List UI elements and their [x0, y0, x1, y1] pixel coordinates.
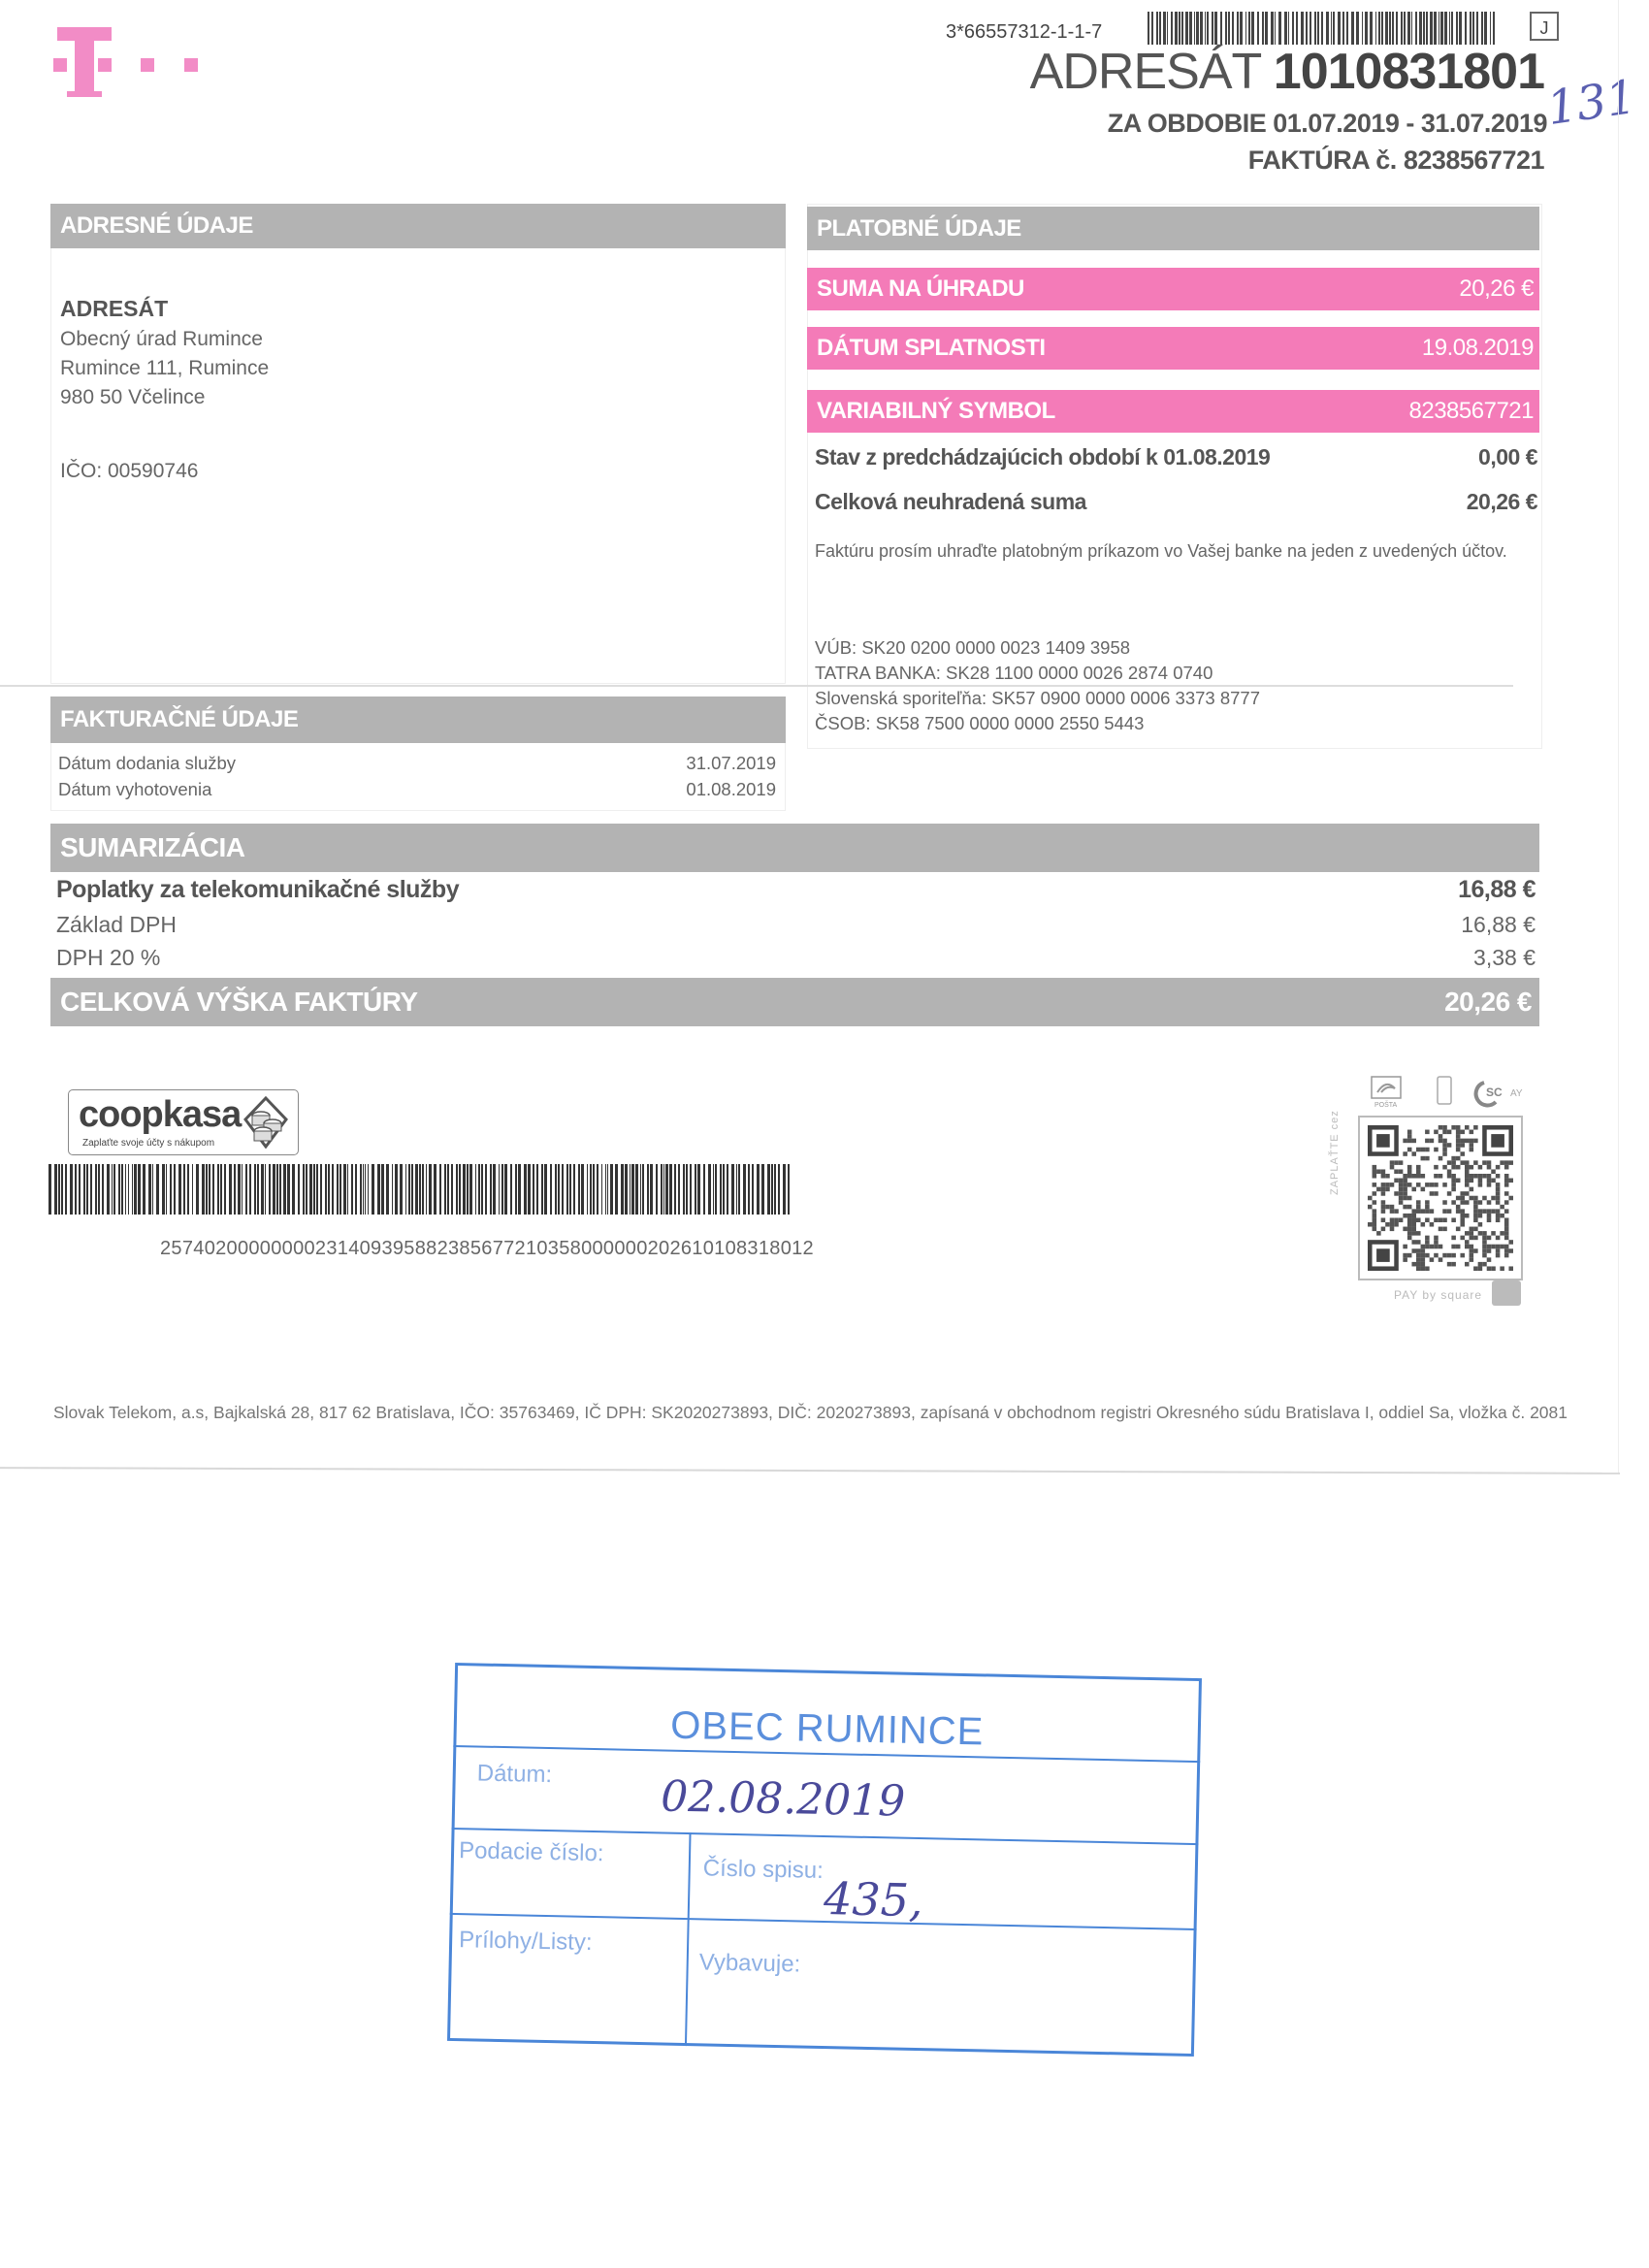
amount-due-row: SUMA NA ÚHRADU 20,26 € [807, 268, 1539, 310]
stamp-date-value: 02.08.2019 [661, 1771, 906, 1826]
summary-section-title: SUMARIZÁCIA [50, 824, 1539, 872]
adresat-label: ADRESÁT [1030, 44, 1261, 100]
period-value: 01.07.2019 - 31.07.2019 [1273, 109, 1547, 138]
payment-barcode [48, 1164, 791, 1215]
amount-due-label: SUMA NA ÚHRADU [817, 275, 1024, 303]
vat-value: 3,38 € [1473, 945, 1536, 971]
stamp-filing-number-label: Podacie číslo: [459, 1837, 604, 1867]
delivery-date-value: 31.07.2019 [686, 753, 776, 774]
registry-stamp: OBEC RUMINCE Dátum: 02.08.2019 Podacie č… [447, 1663, 1202, 2057]
coopkasa-name: coopkasa [79, 1094, 241, 1136]
svg-text:POŠTA: POŠTA [1374, 1100, 1398, 1109]
coopkasa-tagline: Zaplaťte svoje účty s nákupom [82, 1138, 214, 1149]
barcode-icon [1148, 12, 1497, 45]
pay-by-square-label: PAY by square [1394, 1288, 1482, 1302]
payment-section-title: PLATOBNÉ ÚDAJE [807, 207, 1539, 250]
period-label: ZA OBDOBIE [1108, 109, 1267, 138]
previous-balance-label: Stav z predchádzajúcich období k 01.08.2… [815, 444, 1270, 470]
variable-symbol-row: VARIABILNÝ SYMBOL 8238567721 [807, 390, 1539, 433]
invoice-total-label: CELKOVÁ VÝŠKA FAKTÚRY [60, 987, 418, 1018]
handwritten-note: 131 [1544, 70, 1640, 136]
stamp-file-number-value: 435, [824, 1872, 924, 1927]
telecom-fees-value: 16,88 € [1458, 876, 1536, 904]
payment-method-icons: POŠTA SC AY [1370, 1075, 1530, 1110]
stamp-attachments-label: Prílohy/Listy: [459, 1927, 593, 1957]
bank-account: ČSOB: SK58 7500 0000 0000 2550 5443 [815, 713, 1144, 734]
invoice-total-value: 20,26 € [1444, 987, 1532, 1018]
fold-line [0, 685, 1513, 687]
address-line: Rumince 111, Rumince [60, 357, 269, 380]
due-date-row: DÁTUM SPLATNOSTI 19.08.2019 [807, 327, 1539, 370]
sk-pay-icon: SC AY [1476, 1083, 1523, 1105]
vat-row: DPH 20 % 3,38 € [56, 945, 1536, 971]
issue-date-value: 01.08.2019 [686, 779, 776, 800]
box-letter: J [1530, 12, 1559, 41]
pay-via-label: ZAPLAŤTE cez [1329, 1110, 1341, 1195]
addressee-ico: IČO: 00590746 [60, 460, 198, 483]
slovenska-posta-icon: POŠTA [1372, 1077, 1401, 1109]
stamp-file-number-label: Číslo spisu: [702, 1855, 824, 1885]
vat-label: DPH 20 % [56, 945, 160, 971]
stamp-handled-by-label: Vybavuje: [698, 1949, 800, 1978]
qr-code[interactable] [1368, 1125, 1513, 1271]
bank-account: VÚB: SK20 0200 0000 0023 1409 3958 [815, 637, 1130, 659]
due-date-value: 19.08.2019 [1422, 335, 1534, 362]
issue-date-row: Dátum vyhotovenia 01.08.2019 [58, 779, 776, 800]
variable-symbol-value: 8238567721 [1409, 398, 1534, 425]
issue-date-label: Dátum vyhotovenia [58, 779, 211, 800]
adresat-number: 1010831801 [1274, 44, 1544, 100]
bank-account: TATRA BANKA: SK28 1100 0000 0026 2874 07… [815, 663, 1212, 684]
invoice-number: FAKTÚRA č. 8238567721 [1248, 146, 1544, 176]
page-tear-line [0, 1467, 1620, 1474]
stamp-date-label: Dátum: [476, 1760, 552, 1789]
invoice-value: 8238567721 [1404, 146, 1544, 175]
coopkasa-logo: coopkasa Zaplaťte svoje účty s nákupom [68, 1089, 299, 1155]
variable-symbol-label: VARIABILNÝ SYMBOL [817, 398, 1055, 425]
reference-code: 3*66557312-1-1-7 [946, 21, 1102, 44]
barcode-number: 2574020000000023140939588238567721035800… [160, 1238, 814, 1260]
delivery-date-row: Dátum dodania služby 31.07.2019 [58, 753, 776, 774]
total-unpaid-value: 20,26 € [1467, 489, 1537, 515]
address-line: Obecný úrad Rumince [60, 328, 263, 351]
address-section [50, 204, 786, 684]
adresat-heading: ADRESÁT 1010831801 [1030, 43, 1544, 101]
due-date-label: DÁTUM SPLATNOSTI [817, 335, 1046, 362]
bank-account: Slovenská sporiteľňa: SK57 0900 0000 000… [815, 688, 1260, 709]
pay-by-square-icon [1492, 1280, 1521, 1306]
previous-balance-row: Stav z predchádzajúcich období k 01.08.2… [815, 444, 1537, 470]
telecom-fees-label: Poplatky za telekomunikačné služby [56, 876, 459, 904]
telekom-logo-icon [53, 27, 209, 100]
address-section-title: ADRESNÉ ÚDAJE [50, 204, 786, 248]
invoice-total-row: CELKOVÁ VÝŠKA FAKTÚRY 20,26 € [50, 978, 1539, 1026]
total-unpaid-row: Celková neuhradená suma 20,26 € [815, 489, 1537, 515]
amount-due-value: 20,26 € [1459, 275, 1534, 303]
vat-base-row: Základ DPH 16,88 € [56, 912, 1536, 938]
billing-period: ZA OBDOBIE 01.07.2019 - 31.07.2019 [1108, 109, 1547, 139]
svg-text:SC: SC [1486, 1085, 1503, 1099]
payment-instructions: Faktúru prosím uhraďte platobným príkazo… [815, 541, 1507, 562]
address-line: 980 50 Včelince [60, 386, 205, 409]
vat-base-label: Základ DPH [56, 912, 177, 938]
billing-section-title: FAKTURAČNÉ ÚDAJE [50, 697, 786, 743]
mobile-phone-icon [1438, 1077, 1451, 1104]
previous-balance-value: 0,00 € [1478, 444, 1537, 470]
total-unpaid-label: Celková neuhradená suma [815, 489, 1086, 515]
telecom-fees-row: Poplatky za telekomunikačné služby 16,88… [56, 876, 1536, 904]
page-edge [1618, 0, 1619, 1474]
invoice-label: FAKTÚRA č. [1248, 146, 1397, 175]
svg-text:AY: AY [1510, 1088, 1523, 1099]
company-info: Slovak Telekom, a.s, Bajkalská 28, 817 6… [53, 1403, 1568, 1423]
vat-base-value: 16,88 € [1461, 912, 1536, 938]
delivery-date-label: Dátum dodania služby [58, 753, 236, 774]
coins-icon [243, 1096, 288, 1149]
addressee-label: ADRESÁT [60, 296, 168, 322]
